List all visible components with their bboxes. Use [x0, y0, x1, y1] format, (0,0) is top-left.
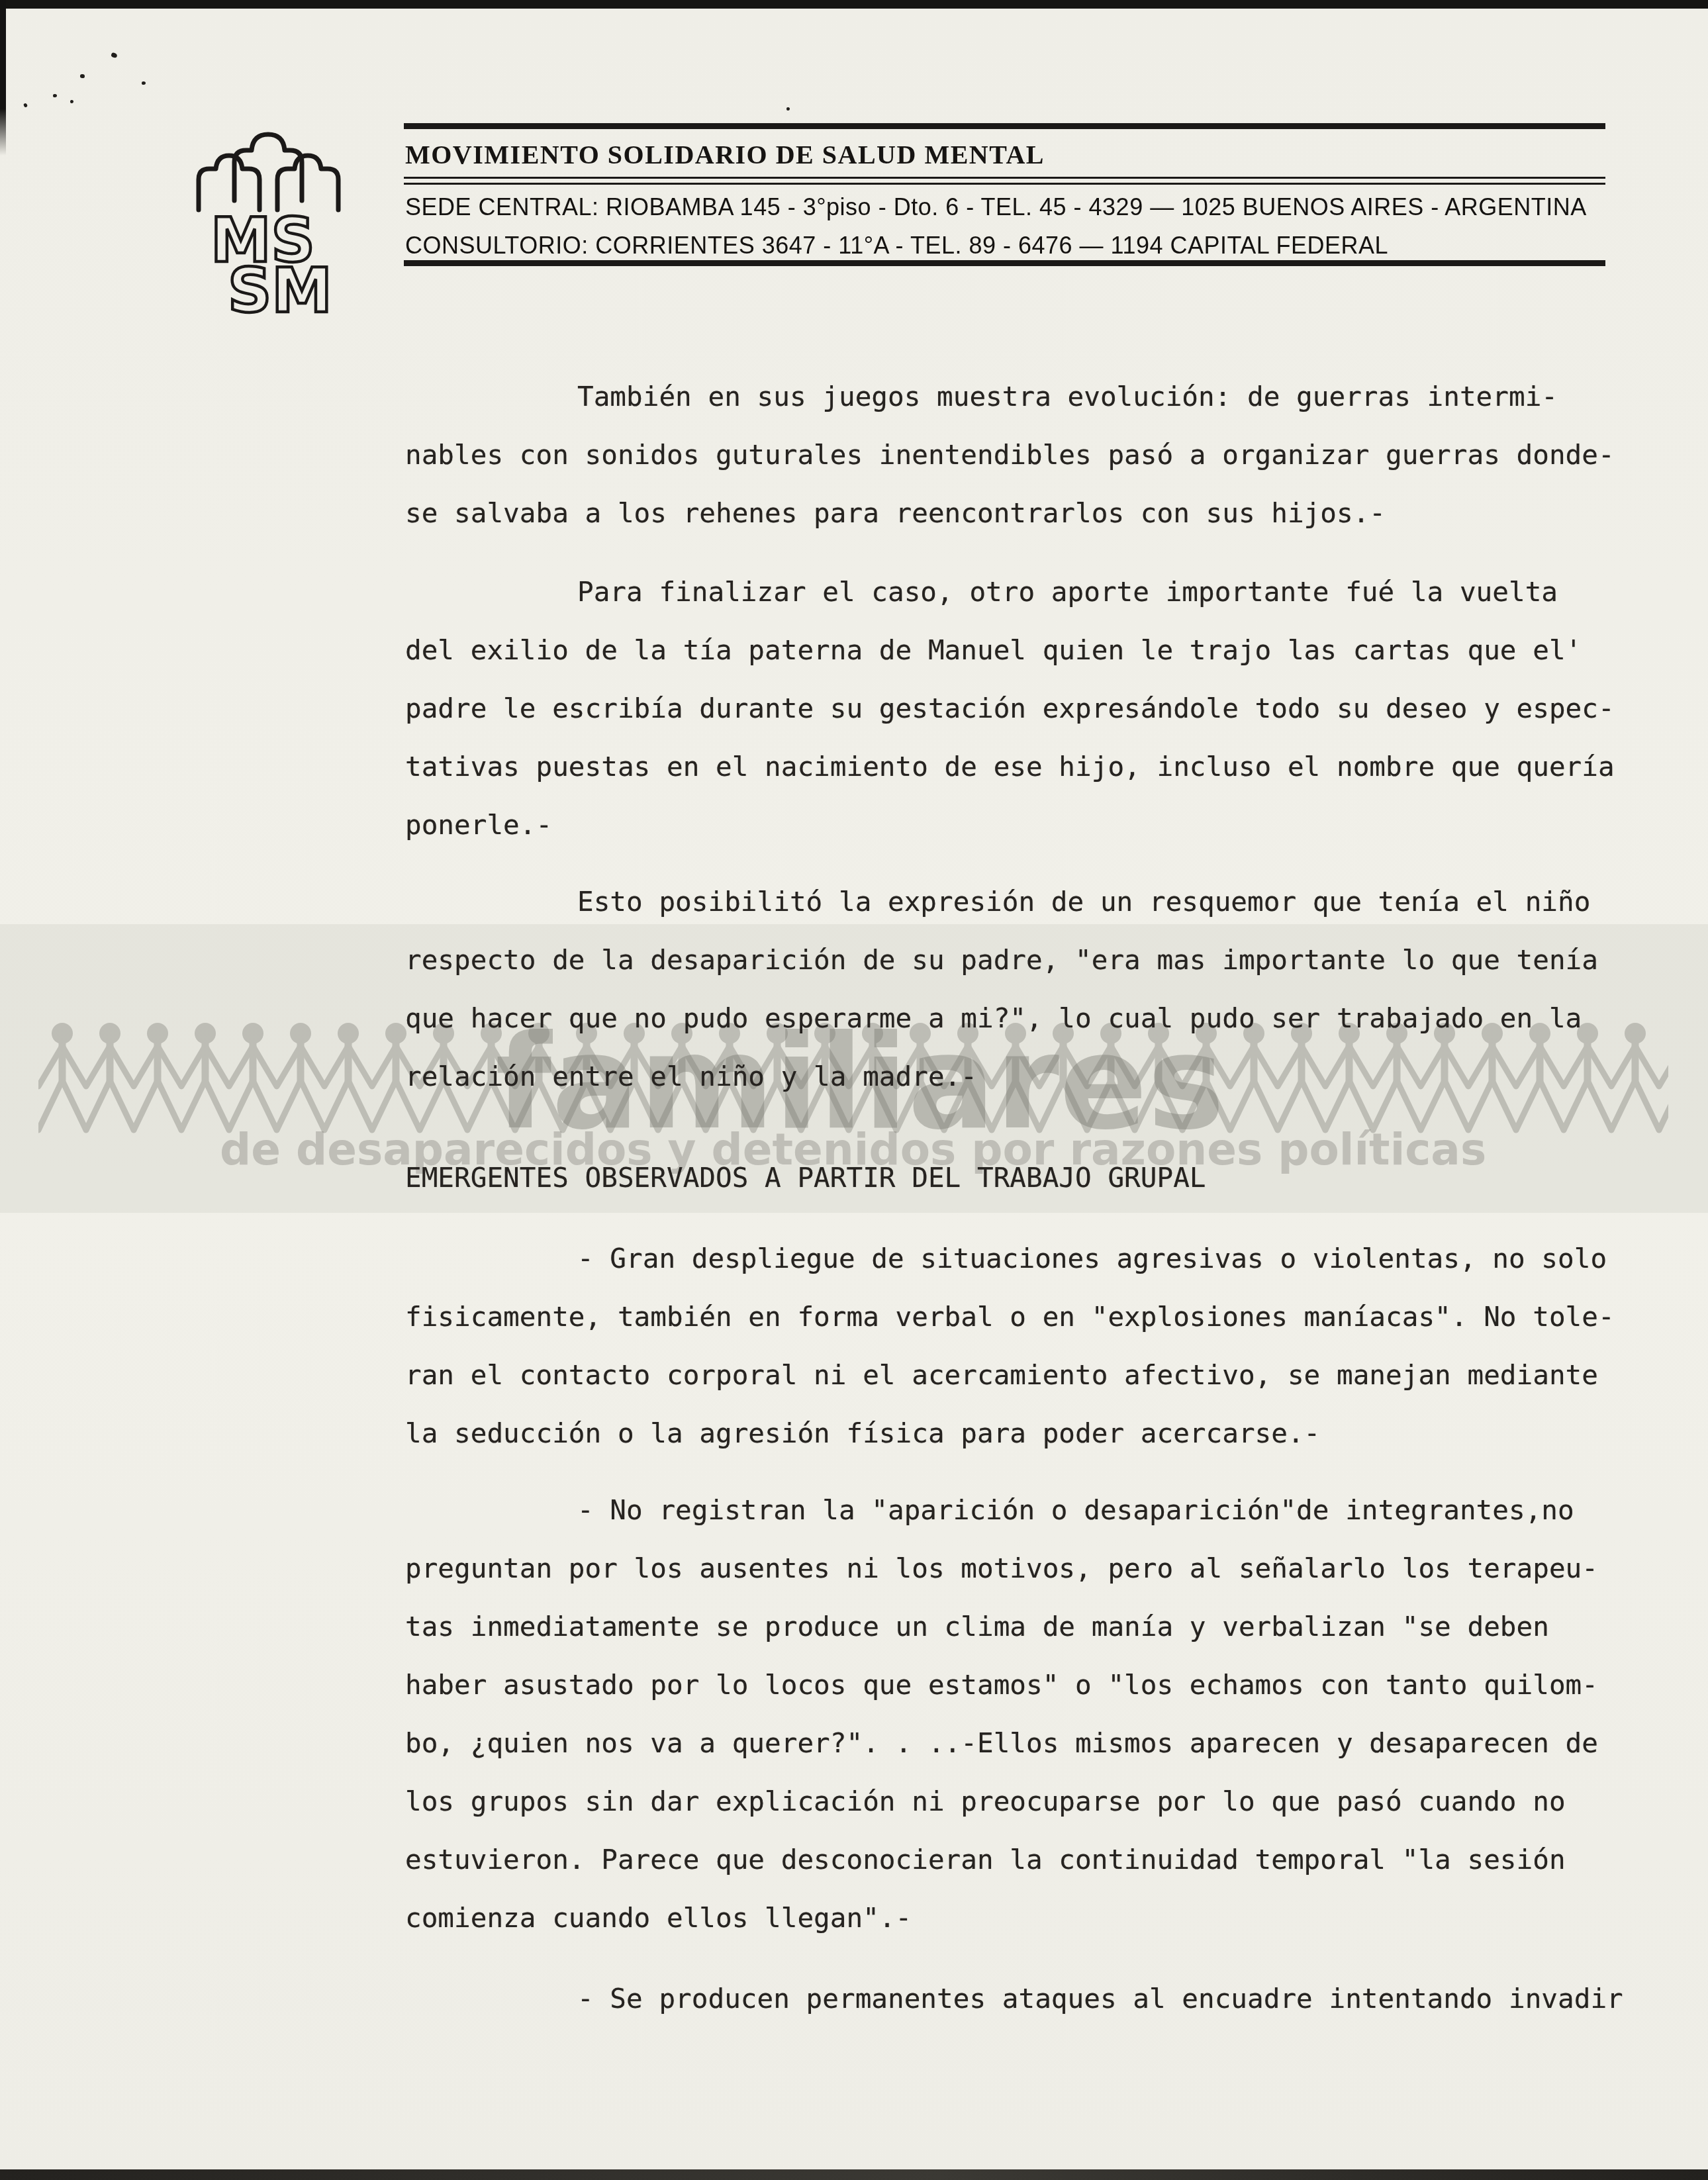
text-line: padre le escribía durante su gestación e…	[405, 679, 1670, 737]
ink-speckle	[70, 100, 73, 103]
text-line: - Se producen permanentes ataques al enc…	[405, 1969, 1670, 2028]
text-line: estuvieron. Parece que desconocieran la …	[405, 1830, 1670, 1889]
ink-speckle	[786, 107, 790, 111]
text-line: Para finalizar el caso, otro aporte impo…	[405, 563, 1670, 621]
scanned-document-page: familiares de desaparecidos y detenidos …	[0, 0, 1708, 2180]
ink-speckle	[23, 103, 28, 108]
text-line: preguntan por los ausentes ni los motivo…	[405, 1539, 1670, 1597]
svg-text:SM: SM	[228, 256, 332, 320]
text-line: la seducción o la agresión física para p…	[405, 1404, 1670, 1462]
org-name: MOVIMIENTO SOLIDARIO DE SALUD MENTAL	[405, 139, 1045, 171]
ink-speckle	[142, 81, 146, 85]
scan-edge-top	[0, 0, 1708, 9]
text-line: bo, ¿quien nos va a querer?". . ..-Ellos…	[405, 1714, 1670, 1772]
ink-speckle	[80, 74, 85, 78]
letterhead-rule-double	[404, 177, 1605, 185]
text-line: ran el contacto corporal ni el acercamie…	[405, 1346, 1670, 1404]
text-line: tativas puestas en el nacimiento de ese …	[405, 737, 1670, 796]
address-sede-central: SEDE CENTRAL: RIOBAMBA 145 - 3°piso - Dt…	[405, 193, 1587, 221]
paragraph-finalizar-caso: Para finalizar el caso, otro aporte impo…	[405, 563, 1670, 854]
text-line: fisicamente, también en forma verbal o e…	[405, 1288, 1670, 1346]
mssm-logo: MS SM	[191, 121, 346, 320]
paragraph-juegos: También en sus juegos muestra evolución:…	[405, 367, 1670, 542]
paragraph-no-registran: - No registran la "aparición o desaparic…	[405, 1481, 1670, 1947]
text-line: los grupos sin dar explicación ni preocu…	[405, 1772, 1670, 1830]
scan-edge-bottom	[0, 2169, 1708, 2180]
text-line: Esto posibilitó la expresión de un resqu…	[405, 873, 1670, 931]
text-line: del exilio de la tía paterna de Manuel q…	[405, 621, 1670, 679]
ink-speckle	[53, 94, 57, 97]
scan-edge-left	[0, 0, 6, 156]
paragraph-resquemor: Esto posibilitó la expresión de un resqu…	[405, 873, 1670, 1106]
text-line: - No registran la "aparición o desaparic…	[405, 1481, 1670, 1539]
text-line: - Gran despliegue de situaciones agresiv…	[405, 1229, 1670, 1288]
text-line: haber asustado por lo locos que estamos"…	[405, 1656, 1670, 1714]
text-line: tas inmediatamente se produce un clima d…	[405, 1597, 1670, 1656]
paragraph-despliegue-agresivo: - Gran despliegue de situaciones agresiv…	[405, 1229, 1670, 1462]
address-consultorio: CONSULTORIO: CORRIENTES 3647 - 11°A - TE…	[405, 231, 1388, 260]
text-line: que hacer que no pudo esperarme a mi?", …	[405, 989, 1670, 1047]
letterhead-rule-top	[404, 123, 1605, 129]
text-line: También en sus juegos muestra evolución:…	[405, 367, 1670, 426]
text-line: nables con sonidos guturales inentendibl…	[405, 426, 1670, 484]
letterhead-rule-bottom	[404, 260, 1605, 266]
ink-speckle	[111, 52, 118, 59]
section-heading-emergentes: EMERGENTES OBSERVADOS A PARTIR DEL TRABA…	[405, 1149, 1670, 1207]
text-line: se salvaba a los rehenes para reencontra…	[405, 484, 1670, 542]
paragraph-ataques-encuadre: - Se producen permanentes ataques al enc…	[405, 1969, 1670, 2028]
text-line: ponerle.-	[405, 796, 1670, 854]
text-line: respecto de la desaparición de su padre,…	[405, 931, 1670, 989]
mssm-logo-icon: MS SM	[191, 121, 346, 320]
text-line: relación entre el niño y la madre.-	[405, 1047, 1670, 1106]
text-line: comienza cuando ellos llegan".-	[405, 1889, 1670, 1947]
